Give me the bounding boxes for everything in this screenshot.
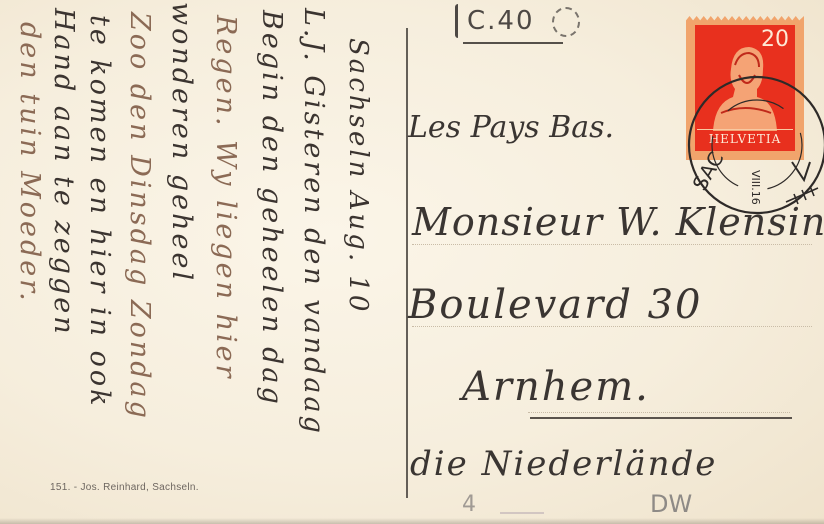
address-recipient: Monsieur W. Klensink — [412, 200, 824, 244]
postcard: Sachseln Aug. 10 L.J. Gisteren den vanda… — [0, 0, 824, 524]
address-street: Boulevard 30 — [408, 282, 703, 328]
c40-rubber-stamp: C.40 — [455, 2, 573, 40]
message-column-2: L.J. Gisteren den vandaag — [300, 8, 327, 436]
william-tell-portrait-icon — [713, 39, 777, 131]
message-column-3: Begin den geheelen dag — [258, 10, 285, 407]
printer-imprint: 151. - Jos. Reinhard, Sachseln. — [50, 482, 199, 493]
address-rule-1 — [412, 244, 812, 245]
pencil-dash — [500, 512, 544, 514]
message-column-7: te komen en hier in ook — [86, 15, 113, 409]
stamp-underline — [463, 42, 563, 44]
pencil-number-note: 4 — [462, 492, 476, 517]
message-column-1: Sachseln Aug. 10 — [345, 38, 371, 314]
stamp-country-label: HELVETIA — [697, 129, 793, 148]
pencil-initials-note: DW — [650, 490, 692, 518]
address-country: Les Pays Bas. — [408, 110, 614, 145]
address-rule-2 — [412, 326, 812, 327]
address-underline — [530, 417, 792, 419]
stamp-face: 20 HELVETIA — [695, 25, 795, 151]
message-column-4: Regen. Wy liegen hier — [212, 15, 239, 381]
message-column-5: wonderen geheel — [168, 2, 195, 283]
c40-stamp-text: C.40 — [467, 6, 535, 36]
center-divider-line — [406, 28, 408, 498]
message-column-8: Hand aan te zeggen — [50, 8, 77, 337]
postage-stamp: 20 HELVETIA — [686, 16, 804, 160]
address-rule-3 — [528, 412, 790, 413]
bracket-mark — [455, 4, 462, 38]
address-destination-country: die Niederlände — [410, 444, 717, 484]
message-column-6: Zoo den Dinsdag Zondag — [126, 12, 153, 421]
dotted-ring-icon — [552, 7, 580, 37]
message-column-9: den tuin Moeder. — [16, 22, 43, 304]
address-city: Arnhem. — [462, 364, 650, 410]
